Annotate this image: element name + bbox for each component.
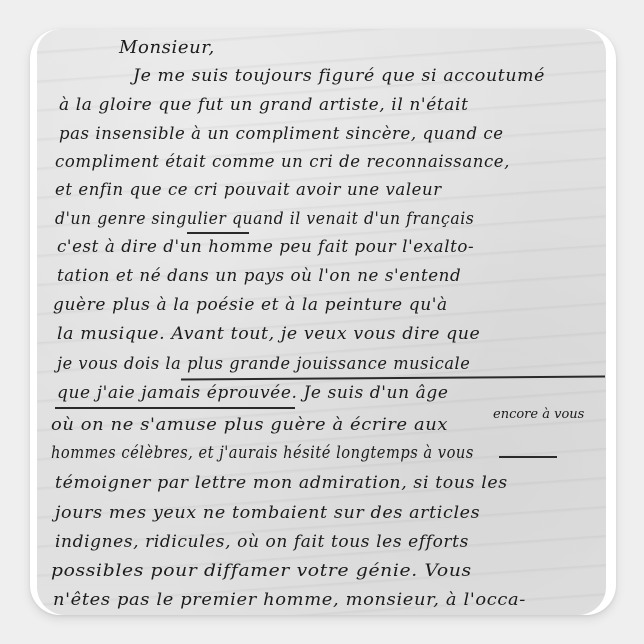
letter-salutation: Monsieur, [119,37,215,58]
product-image-stage: Monsieur, Je me suis toujours figuré que… [0,0,644,644]
letter-line: hommes célèbres, et j'aurais hésité long… [51,443,474,463]
letter-line: et enfin que ce cri pouvait avoir une va… [55,180,442,200]
underline-singulier [187,232,249,234]
letter-line: je vous dois la plus grande jouissance m… [57,354,470,374]
letter-line: la musique. Avant tout, je veux vous dir… [57,324,480,344]
underline-eprouvee [55,407,295,409]
letter-line: d'un genre singulier quand il venait d'u… [55,209,474,229]
letter-line: où on ne s'amuse plus guère à écrire aux [51,415,448,435]
letter-line: que j'aie jamais éprouvée. Je suis d'un … [57,383,449,403]
letter-line: n'êtes pas le premier homme, monsieur, à… [53,590,526,610]
paper-bleed-through-texture [37,29,606,615]
letter-line: témoigner par lettre mon admiration, si … [55,473,508,493]
strikethrough-a-vous [499,456,557,458]
letter-line: compliment était comme un cri de reconna… [55,152,510,172]
underline-jouissance [181,376,605,380]
letter-line: guère plus à la poésie et à la peinture … [53,295,448,315]
handwritten-letter-paper: Monsieur, Je me suis toujours figuré que… [37,29,606,615]
letter-line: c'est à dire d'un homme peu fait pour l'… [57,237,474,257]
letter-line: Je me suis toujours figuré que si accout… [133,66,545,86]
letter-line: tation et né dans un pays où l'on ne s'e… [57,266,461,286]
letter-line: possibles pour diffamer votre génie. Vou… [51,561,472,581]
letter-line: à la gloire que fut un grand artiste, il… [59,95,469,115]
letter-line: jours mes yeux ne tombaient sur des arti… [55,503,480,523]
letter-line: pas insensible à un compliment sincère, … [59,124,504,144]
letter-line: indignes, ridicules, où on fait tous les… [55,532,469,552]
square-sticker: Monsieur, Je me suis toujours figuré que… [30,29,616,615]
interlinear-insertion: encore à vous [493,407,584,422]
